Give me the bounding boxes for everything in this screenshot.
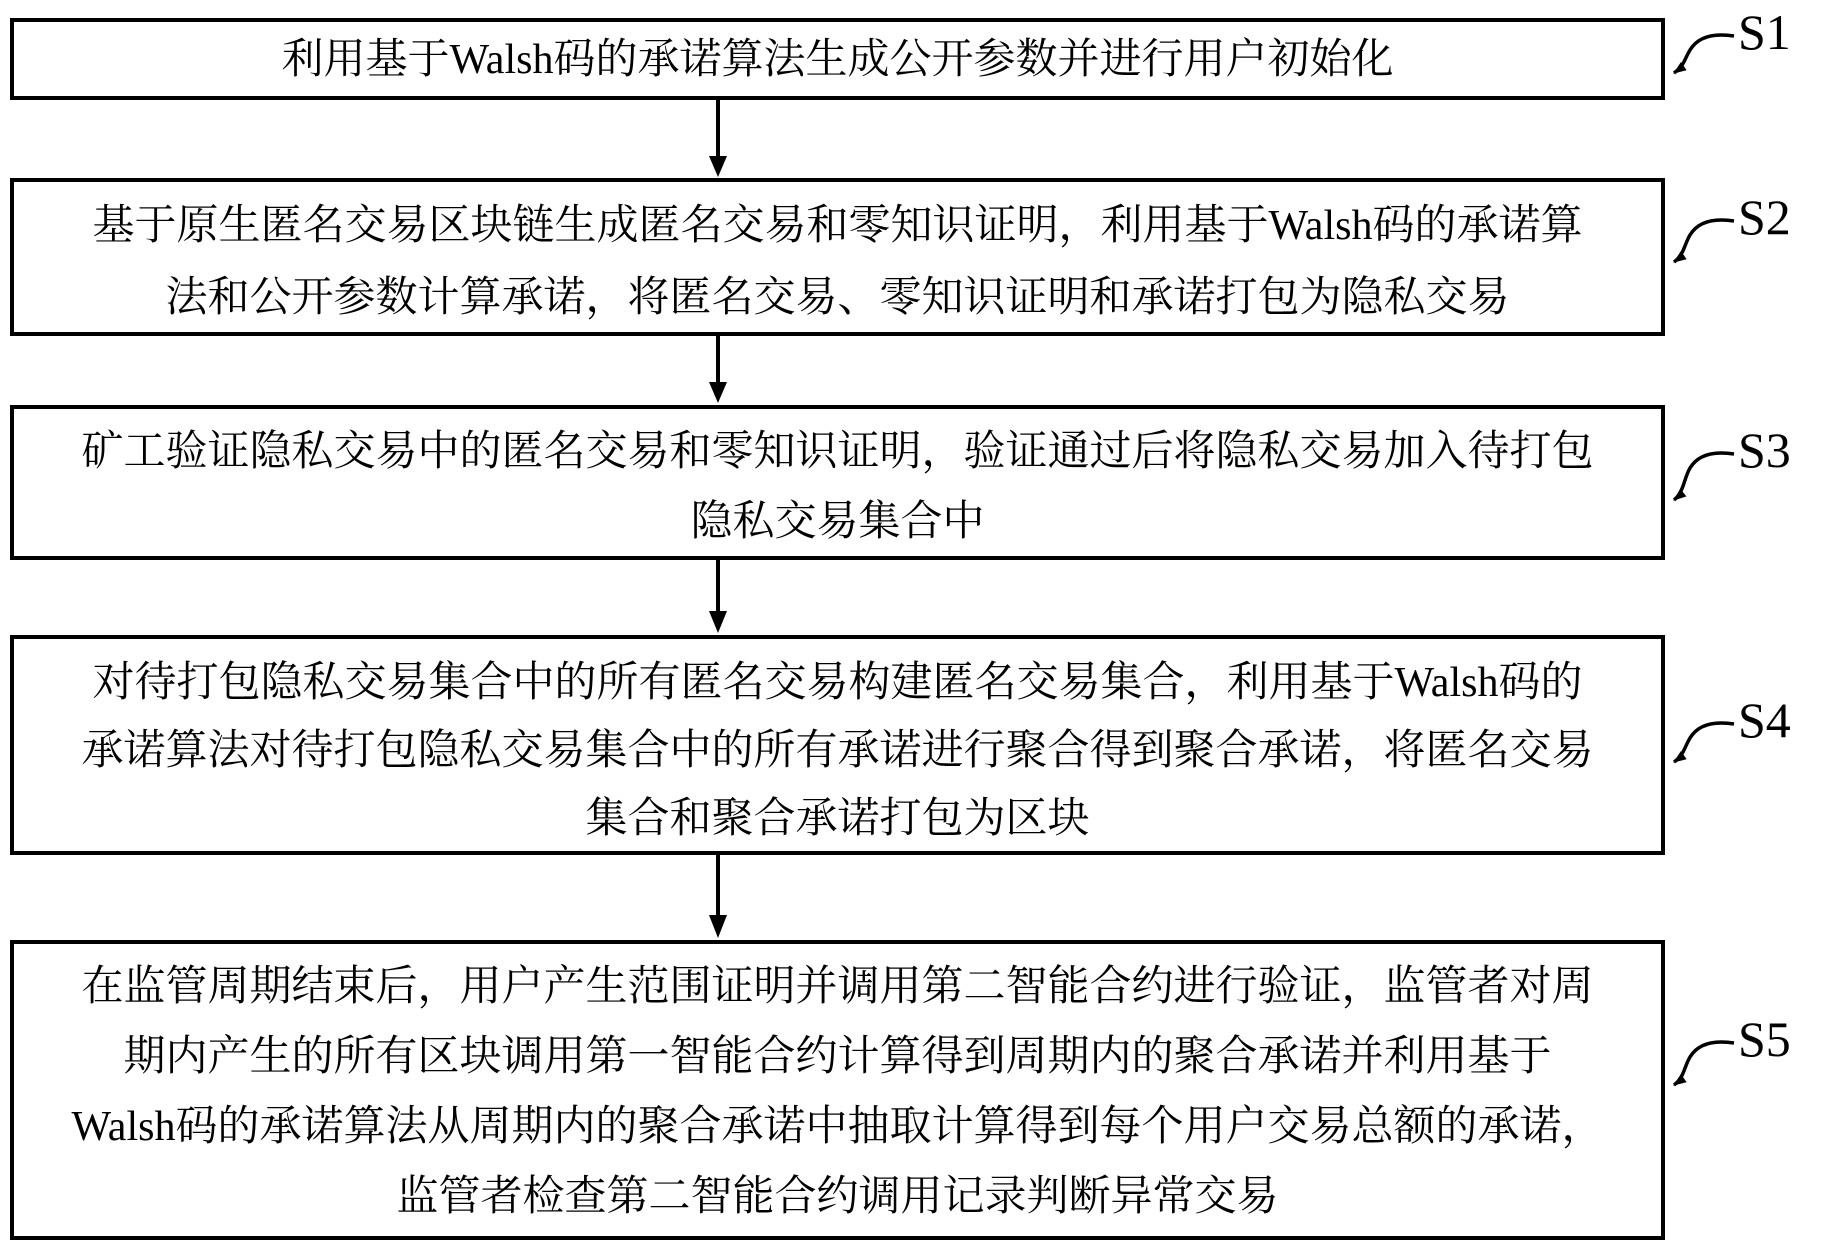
step-text-line: 基于原生匿名交易区块链生成匿名交易和零知识证明，利用基于Walsh码的承诺算 <box>14 190 1661 262</box>
step-text-line: Walsh码的承诺算法从周期内的聚合承诺中抽取计算得到每个用户交易总额的承诺， <box>14 1092 1661 1162</box>
step-label-s1: S1 <box>1738 6 1823 58</box>
flow-arrow-3 <box>709 560 727 633</box>
step-text-line: 隐私交易集合中 <box>14 487 1661 557</box>
step-text-line: 监管者检查第二智能合约调用记录判断异常交易 <box>14 1162 1661 1232</box>
step-box-s2: 基于原生匿名交易区块链生成匿名交易和零知识证明，利用基于Walsh码的承诺算 法… <box>10 178 1665 336</box>
step-text-line: 在监管周期结束后，用户产生范围证明并调用第二智能合约进行验证，监管者对周 <box>14 952 1661 1022</box>
step-text-line: 法和公开参数计算承诺，将匿名交易、零知识证明和承诺打包为隐私交易 <box>14 262 1661 334</box>
step-label-s3: S3 <box>1738 424 1823 476</box>
leader-line-s4 <box>1674 723 1734 762</box>
step-box-s5: 在监管周期结束后，用户产生范围证明并调用第二智能合约进行验证，监管者对周 期内产… <box>10 940 1665 1240</box>
leader-line-s5 <box>1674 1042 1734 1085</box>
step-text-line: 矿工验证隐私交易中的匿名交易和零知识证明，验证通过后将隐私交易加入待打包 <box>14 417 1661 487</box>
step-text-line: 承诺算法对待打包隐私交易集合中的所有承诺进行聚合得到聚合承诺，将匿名交易 <box>14 717 1661 785</box>
step-text-line: 集合和聚合承诺打包为区块 <box>14 785 1661 853</box>
step-text-line: 利用基于Walsh码的承诺算法生成公开参数并进行用户初始化 <box>14 22 1661 98</box>
step-box-s1: 利用基于Walsh码的承诺算法生成公开参数并进行用户初始化 <box>10 18 1665 100</box>
flow-arrow-1 <box>709 100 727 177</box>
flowchart-figure: 利用基于Walsh码的承诺算法生成公开参数并进行用户初始化 基于原生匿名交易区块… <box>0 0 1825 1250</box>
flow-arrow-2 <box>709 336 727 403</box>
leader-line-s1 <box>1674 35 1734 73</box>
step-text-line: 期内产生的所有区块调用第一智能合约计算得到周期内的聚合承诺并利用基于 <box>14 1022 1661 1092</box>
step-box-s4: 对待打包隐私交易集合中的所有匿名交易构建匿名交易集合，利用基于Walsh码的 承… <box>10 635 1665 855</box>
leader-line-s3 <box>1674 453 1734 500</box>
leader-line-s2 <box>1674 220 1734 262</box>
step-text-line: 对待打包隐私交易集合中的所有匿名交易构建匿名交易集合，利用基于Walsh码的 <box>14 649 1661 717</box>
flow-arrow-4 <box>709 855 727 938</box>
step-label-s2: S2 <box>1738 191 1823 243</box>
step-box-s3: 矿工验证隐私交易中的匿名交易和零知识证明，验证通过后将隐私交易加入待打包 隐私交… <box>10 405 1665 560</box>
step-label-s5: S5 <box>1738 1013 1823 1065</box>
step-label-s4: S4 <box>1738 694 1823 746</box>
